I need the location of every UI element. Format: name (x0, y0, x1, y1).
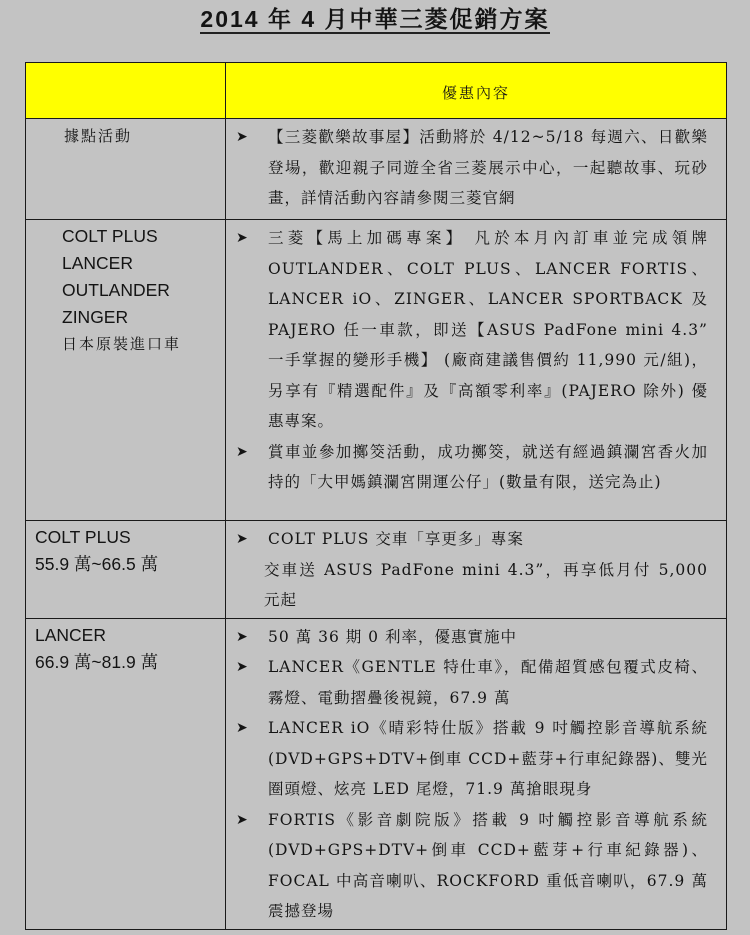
offer-text: LANCER iO《晴彩特仕版》搭載 9 吋觸控影音導航系統(DVD+GPS+D… (268, 713, 708, 805)
arrowhead-bullet-icon: ➤ (234, 437, 268, 468)
offer-text: LANCER《GENTLE 特仕車》，配備超質感包覆式皮椅、霧燈、電動摺疊後視鏡… (268, 652, 708, 713)
model-name: LANCER (62, 250, 225, 277)
header-cell-left (26, 63, 226, 119)
offer-bullet: ➤ FORTIS《影音劇院版》搭載 9 吋觸控影音導航系統(DVD+GPS+DT… (234, 805, 708, 927)
arrowhead-bullet-icon: ➤ (234, 652, 268, 683)
arrowhead-bullet-icon: ➤ (234, 713, 268, 744)
offer-bullet: ➤ LANCER《GENTLE 特仕車》，配備超質感包覆式皮椅、霧燈、電動摺疊後… (234, 652, 708, 713)
header-label-offer-content: 優惠內容 (226, 78, 726, 103)
table-row: LANCER 66.9 萬~81.9 萬 ➤ 50 萬 36 期 0 利率，優惠… (26, 618, 727, 929)
model-name: LANCER (35, 622, 225, 649)
offer-bullet: ➤ COLT PLUS 交車「享更多」專案 (234, 524, 708, 555)
arrowhead-bullet-icon: ➤ (234, 622, 268, 653)
arrowhead-bullet-icon: ➤ (234, 524, 268, 555)
price-range: 55.9 萬~66.5 萬 (35, 551, 225, 578)
offer-bullet: ➤ LANCER iO《晴彩特仕版》搭載 9 吋觸控影音導航系統(DVD+GPS… (234, 713, 708, 805)
offer-cell: ➤ COLT PLUS 交車「享更多」專案 交車送 ASUS PadFone m… (226, 521, 727, 619)
offer-bullet: ➤ 50 萬 36 期 0 利率，優惠實施中 (234, 622, 708, 653)
model-origin-note: 日本原裝進口車 (62, 331, 225, 358)
row-label: 據點活動 (64, 123, 225, 150)
page-title: 2014 年 4 月中華三菱促銷方案 (0, 4, 750, 34)
model-name: OUTLANDER (62, 277, 225, 304)
row-label-cell: COLT PLUS 55.9 萬~66.5 萬 (26, 521, 226, 619)
offer-bullet: ➤ 【三菱歡樂故事屋】活動將於 4/12~5/18 每週六、日歡樂登場，歡迎親子… (234, 122, 708, 214)
offer-bullet: ➤ 賞車並參加擲筊活動，成功擲筊，就送有經過鎮瀾宮香火加持的「大甲媽鎮瀾宮開運公… (234, 437, 708, 498)
offer-bullet: ➤ 三菱【馬上加碼專案】 凡於本月內訂車並完成領牌 OUTLANDER、COLT… (234, 223, 708, 437)
arrowhead-bullet-icon: ➤ (234, 805, 268, 836)
page-title-text: 2014 年 4 月中華三菱促銷方案 (200, 6, 549, 34)
table-row: COLT PLUS LANCER OUTLANDER ZINGER 日本原裝進口… (26, 220, 727, 521)
price-range: 66.9 萬~81.9 萬 (35, 649, 225, 676)
offer-cell: ➤ 【三菱歡樂故事屋】活動將於 4/12~5/18 每週六、日歡樂登場，歡迎親子… (226, 119, 727, 220)
header-cell-right: 優惠內容 (226, 63, 727, 119)
offer-text: 50 萬 36 期 0 利率，優惠實施中 (268, 622, 708, 653)
table-row: 據點活動 ➤ 【三菱歡樂故事屋】活動將於 4/12~5/18 每週六、日歡樂登場… (26, 119, 727, 220)
model-name: COLT PLUS (62, 223, 225, 250)
row-label-cell: 據點活動 (26, 119, 226, 220)
offer-cell: ➤ 三菱【馬上加碼專案】 凡於本月內訂車並完成領牌 OUTLANDER、COLT… (226, 220, 727, 521)
offer-text: FORTIS《影音劇院版》搭載 9 吋觸控影音導航系統(DVD+GPS+DTV+… (268, 805, 708, 927)
arrowhead-bullet-icon: ➤ (234, 223, 268, 254)
offer-text: 三菱【馬上加碼專案】 凡於本月內訂車並完成領牌 OUTLANDER、COLT P… (268, 223, 708, 437)
model-name: ZINGER (62, 304, 225, 331)
offer-cell: ➤ 50 萬 36 期 0 利率，優惠實施中 ➤ LANCER《GENTLE 特… (226, 618, 727, 929)
offer-text: 【三菱歡樂故事屋】活動將於 4/12~5/18 每週六、日歡樂登場，歡迎親子同遊… (268, 122, 708, 214)
row-label-cell: LANCER 66.9 萬~81.9 萬 (26, 618, 226, 929)
row-label-cell: COLT PLUS LANCER OUTLANDER ZINGER 日本原裝進口… (26, 220, 226, 521)
offer-text: 賞車並參加擲筊活動，成功擲筊，就送有經過鎮瀾宮香火加持的「大甲媽鎮瀾宮開運公仔」… (268, 437, 708, 498)
offer-text-continued: 交車送 ASUS PadFone mini 4.3”，再享低月付 5,000 元… (234, 555, 708, 616)
model-name: COLT PLUS (35, 524, 225, 551)
table-header-row: 優惠內容 (26, 63, 727, 119)
offer-text: COLT PLUS 交車「享更多」專案 (268, 524, 708, 555)
table-row: COLT PLUS 55.9 萬~66.5 萬 ➤ COLT PLUS 交車「享… (26, 521, 727, 619)
promotion-table: 優惠內容 據點活動 ➤ 【三菱歡樂故事屋】活動將於 4/12~5/18 每週六、… (25, 62, 727, 930)
arrowhead-bullet-icon: ➤ (234, 122, 268, 153)
